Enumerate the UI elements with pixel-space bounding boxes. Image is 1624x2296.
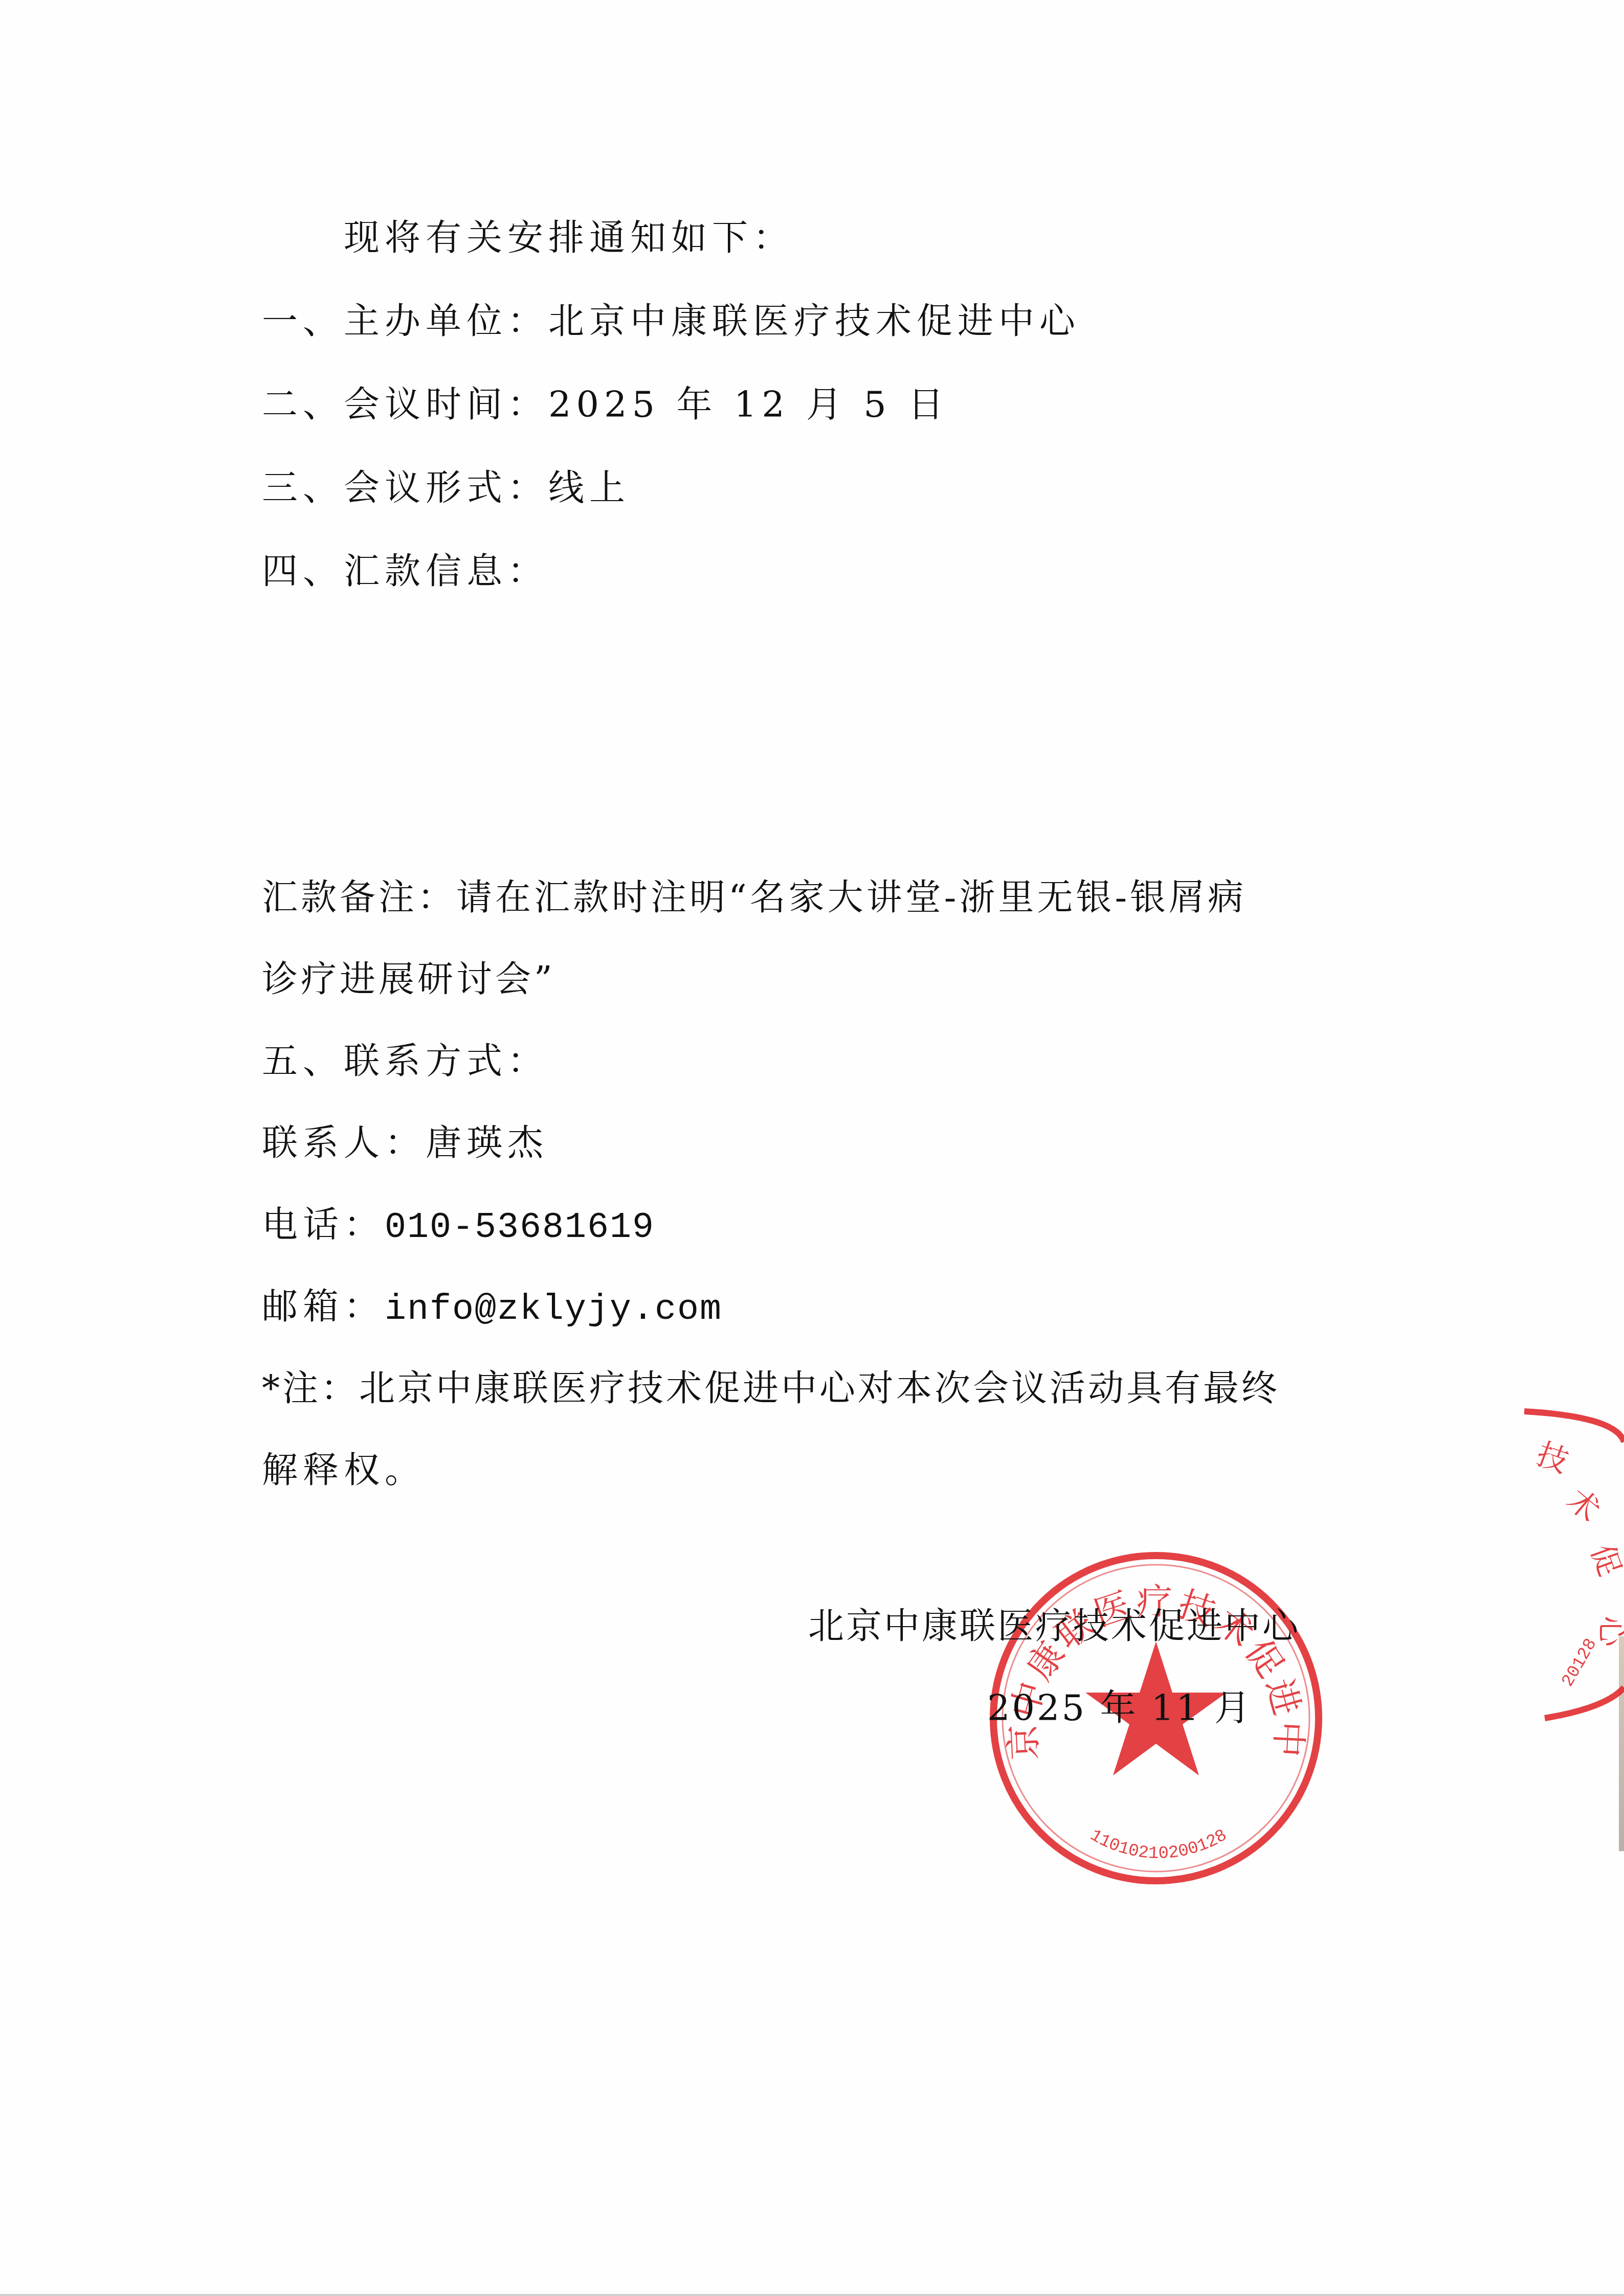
svg-text:心: 心 [1593,1616,1624,1648]
section-value: 北京中康联医疗技术促进中心 [548,300,1080,342]
phone-number: 010-53681619 [385,1208,655,1248]
section-meeting-time: 二、会议时间：2025 年 12 月 5 日 [262,381,949,427]
section-value: 线上 [548,467,630,509]
svg-text:技: 技 [1532,1436,1573,1480]
svg-text:术: 术 [1560,1482,1607,1529]
contact-person-label: 联系人： [262,1122,426,1164]
section-label: 二、会议时间： [262,384,548,425]
section-label: 一、主办单位： [262,300,548,342]
svg-text:110102102001​28: 110102102001​28 [1086,1826,1231,1864]
contact-phone: 电话：010-53681619 [262,1202,655,1251]
contact-heading: 五、联系方式： [262,1038,548,1084]
edge-seal-fragment: 技 术 促 心 20128 [1514,1401,1624,1739]
page-bottom-edge [0,2294,1624,2296]
phone-label: 电话： [262,1204,385,1246]
section-meeting-format: 三、会议形式：线上 [262,465,630,511]
svg-text:促: 促 [1584,1540,1624,1581]
contact-email: 邮箱：info@zklyjy.com [262,1284,722,1333]
disclaimer-line-1: *注：北京中康联医疗技术促进中心对本次会议活动具有最终 [262,1365,1280,1411]
signature-date: 2025 年 11 月 [987,1685,1252,1731]
disclaimer-line-2: 解释权。 [262,1447,426,1493]
section-value: 2025 年 12 月 5 日 [548,384,949,425]
document-page: 现将有关安排通知如下： 一、主办单位：北京中康联医疗技术促进中心 二、会议时间：… [0,0,1624,2296]
remittance-note-line-2: 诊疗进展研讨会” [262,956,555,1002]
email-address[interactable]: info@zklyjy.com [385,1290,722,1330]
intro-text: 现将有关安排通知如下： [344,215,794,261]
remittance-note-line-1: 汇款备注：请在汇款时注明“名家大讲堂-浙里无银-银屑病 [262,874,1247,920]
section-label: 三、会议形式： [262,467,548,509]
email-label: 邮箱： [262,1286,385,1327]
section-organizer: 一、主办单位：北京中康联医疗技术促进中心 [262,298,1080,344]
contact-person-name: 唐瑛杰 [426,1122,548,1164]
section-label: 四、汇款信息： [262,550,548,592]
contact-person: 联系人：唐瑛杰 [262,1120,548,1166]
signature-organization: 北京中康联医疗技术促进中心 [808,1603,1300,1649]
svg-text:20128: 20128 [1559,1635,1601,1690]
section-remittance-info: 四、汇款信息： [262,548,548,594]
